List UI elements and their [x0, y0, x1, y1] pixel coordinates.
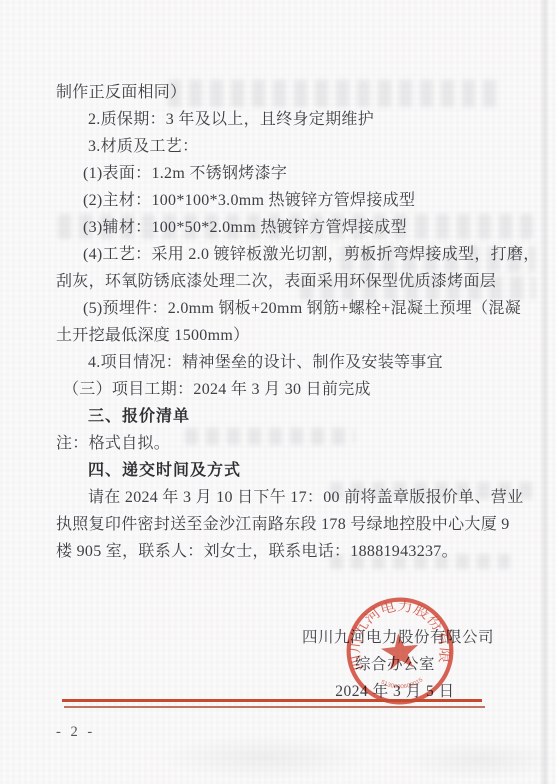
section-heading-quotation-list: 三、报价清单	[56, 403, 502, 430]
body-line: 请在 2024 年 3 月 10 日下午 17：00 前将盖章版报价单、营业	[56, 484, 502, 511]
scan-artifact-blob	[160, 735, 370, 780]
footer-rule-bottom	[64, 706, 485, 708]
footer-rule-top	[62, 699, 482, 702]
body-line: (3)辅材：100*50*2.0mm 热镀锌方管焊接成型	[56, 214, 502, 241]
section-heading-submission: 四、递交时间及方式	[56, 457, 502, 484]
body-line: 2.质保期：3 年及以上，且终身定期维护	[56, 106, 502, 133]
body-line: 楼 905 室，联系人：刘女士，联系电话：18881943237。	[56, 538, 502, 565]
page-number: - 2 -	[56, 724, 95, 741]
body-line: 3.材质及工艺：	[56, 133, 502, 160]
body-line: 4.项目情况：精神堡垒的设计、制作及安装等事宜	[56, 349, 502, 376]
body-line: 执照复印件密封送至金沙江南路东段 178 号绿地控股中心大厦 9	[56, 511, 502, 538]
document-body: 制作正反面相同） 2.质保期：3 年及以上，且终身定期维护 3.材质及工艺： (…	[56, 79, 502, 565]
scanned-document-page: 制作正反面相同） 2.质保期：3 年及以上，且终身定期维护 3.材质及工艺： (…	[0, 0, 556, 784]
body-line: （三）项目工期：2024 年 3 月 30 日前完成	[56, 376, 502, 403]
seal-star-icon	[380, 631, 421, 670]
body-line: 刮灰，环氧防锈底漆处理二次，表面采用环保型优质漆烤面层	[56, 268, 502, 295]
body-line: (5)预埋件：2.0mm 钢板+20mm 钢筋+螺栓+混凝土预埋（混凝	[56, 295, 502, 322]
body-line: 土开挖最低深度 1500mm）	[56, 322, 502, 349]
body-line: 制作正反面相同）	[56, 79, 502, 106]
body-line: 注：格式自拟。	[56, 430, 502, 457]
seal-code-text: 5130000608015	[379, 675, 425, 693]
body-line: (1)表面：1.2m 不锈钢烤漆字	[56, 160, 502, 187]
body-line: (2)主材：100*100*3.0mm 热镀锌方管焊接成型	[56, 187, 502, 214]
scan-artifact-blob	[400, 740, 556, 780]
company-seal-stamp: 四川九河电力股份有限公司 5130000608015	[338, 587, 462, 714]
seal-graphic: 四川九河电力股份有限公司 5130000608015	[338, 587, 462, 714]
body-line: (4)工艺：采用 2.0 镀锌板激光切割，剪板折弯焊接成型，打磨，	[56, 241, 502, 268]
